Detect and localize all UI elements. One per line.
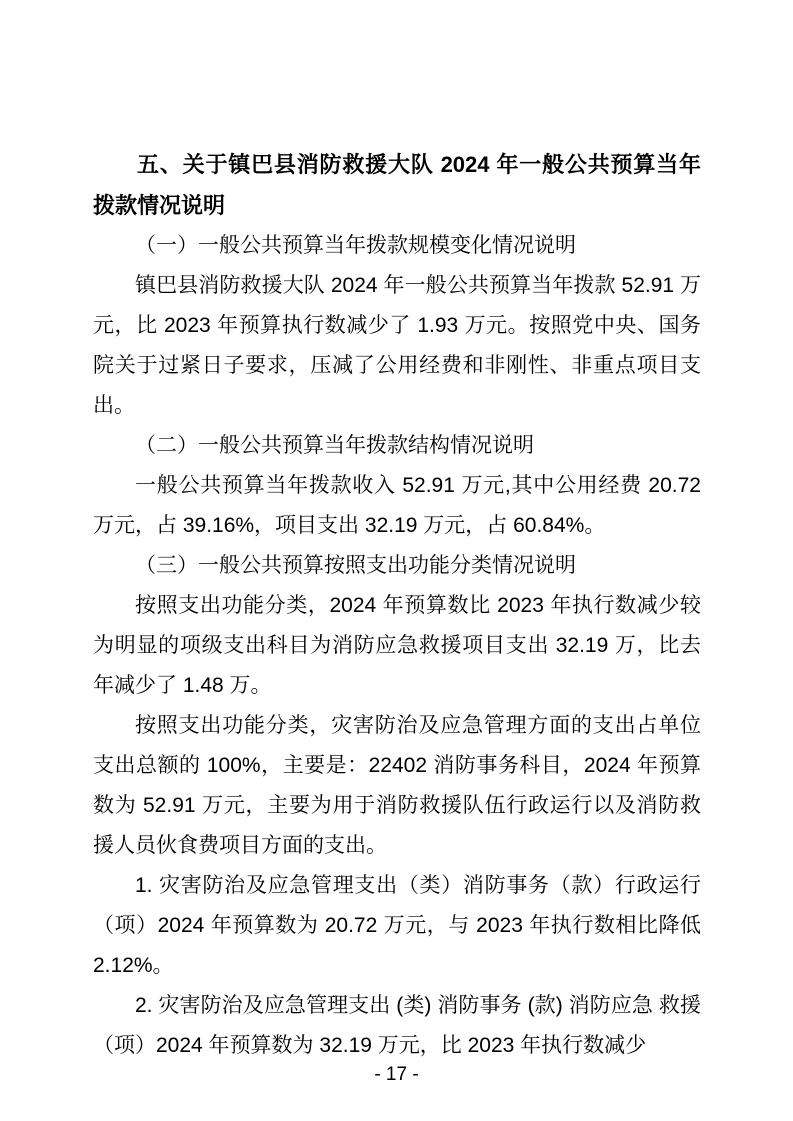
document-content: 五、关于镇巴县消防救援大队 2024 年一般公共预算当年拨款情况说明 （一）一般… (93, 144, 701, 1066)
section-heading-2: （二）一般公共预算当年拨款结构情况说明 (93, 426, 701, 466)
paragraph-allocation-scale-change: 镇巴县消防救援大队 2024 年一般公共预算当年拨款 52.91 万元，比 20… (93, 266, 701, 426)
page-number: - 17 - (0, 1063, 793, 1087)
paragraph-item-1-administrative-operation: 1. 灾害防治及应急管理支出（类）消防事务（款）行政运行（项）2024 年预算数… (93, 866, 701, 986)
paragraph-function-classification-decrease: 按照支出功能分类，2024 年预算数比 2023 年执行数减少较为明显的项级支出… (93, 586, 701, 706)
paragraph-item-2-fire-emergency-rescue: 2. 灾害防治及应急管理支出 (类) 消防事务 (款) 消防应急 救援（项）20… (93, 986, 701, 1066)
section-heading-1: （一）一般公共预算当年拨款规模变化情况说明 (93, 226, 701, 266)
paragraph-allocation-structure: 一般公共预算当年拨款收入 52.91 万元,其中公用经费 20.72 万元，占 … (93, 466, 701, 546)
paragraph-disaster-management-share: 按照支出功能分类，灾害防治及应急管理方面的支出占单位支出总额的 100%，主要是… (93, 706, 701, 866)
document-title: 五、关于镇巴县消防救援大队 2024 年一般公共预算当年拨款情况说明 (93, 144, 701, 226)
section-heading-3: （三）一般公共预算按照支出功能分类情况说明 (93, 546, 701, 586)
document-page: 五、关于镇巴县消防救援大队 2024 年一般公共预算当年拨款情况说明 （一）一般… (0, 0, 793, 1121)
